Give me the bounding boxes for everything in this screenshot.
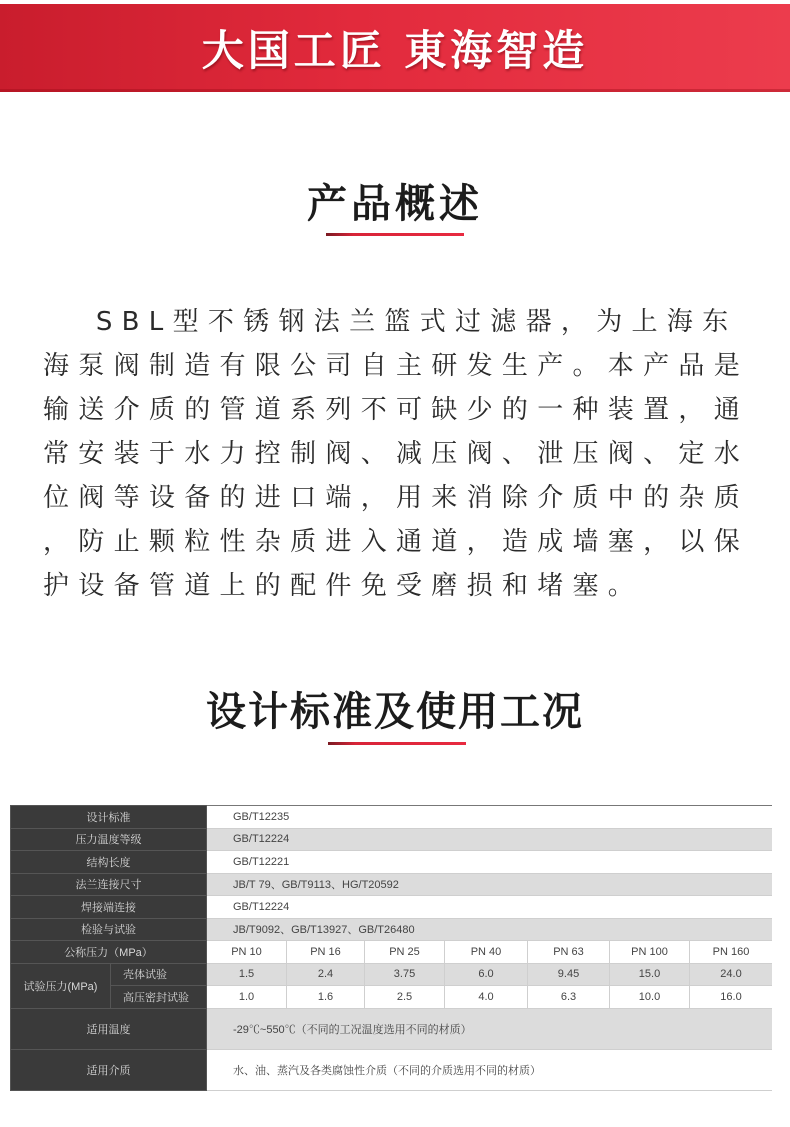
row-value: GB/T12224 [207,828,773,851]
overview-paragraph: SBL型不锈钢法兰篮式过滤器，为上海东 海泵阀制造有限公司自主研发生产。本产品是… [43,300,753,608]
row-value: GB/T12224 [207,896,773,919]
shell-cell: 6.0 [445,963,528,986]
shell-cell: 3.75 [365,963,445,986]
overview-title: 产品概述 [0,172,790,229]
row-label: 压力温度等级 [11,828,207,851]
table-row: 焊接端连接 GB/T12224 [11,896,773,919]
row-label: 高压密封试验 [111,986,207,1009]
pressure-cell: PN 40 [445,941,528,964]
banner-title: 大国工匠 東海智造 [202,18,589,78]
pressure-cell: PN 63 [528,941,610,964]
pressure-row: 公称压力（MPa） PN 10 PN 16 PN 25 PN 40 PN 63 … [11,941,773,964]
row-value: 水、油、蒸汽及各类腐蚀性介质（不同的介质选用不同的材质） [207,1049,773,1090]
row-value: GB/T12235 [207,806,773,829]
paragraph-line: ，防止颗粒性杂质进入通道，造成墙塞，以保 [43,520,753,564]
pressure-cell: PN 160 [690,941,773,964]
row-label: 壳体试验 [111,963,207,986]
shell-cell: 24.0 [690,963,773,986]
paragraph-line: 护设备管道上的配件免受磨损和堵塞。 [43,564,753,608]
table-row: 压力温度等级 GB/T12224 [11,828,773,851]
medium-row: 适用介质 水、油、蒸汽及各类腐蚀性介质（不同的介质选用不同的材质） [11,1049,773,1090]
row-label: 焊接端连接 [11,896,207,919]
seal-cell: 6.3 [528,986,610,1009]
row-value: -29℃~550℃（不同的工况温度选用不同的材质） [207,1008,773,1049]
paragraph-line: SBL型不锈钢法兰篮式过滤器，为上海东 [43,300,753,344]
row-label: 结构长度 [11,851,207,874]
title-underline [328,742,466,745]
row-label: 公称压力（MPa） [11,941,207,964]
table-row: 法兰连接尺寸 JB/T 79、GB/T9113、HG/T20592 [11,873,773,896]
pressure-cell: PN 16 [287,941,365,964]
seal-cell: 16.0 [690,986,773,1009]
row-label: 适用介质 [11,1049,207,1090]
row-label: 法兰连接尺寸 [11,873,207,896]
seal-cell: 2.5 [365,986,445,1009]
seal-cell: 4.0 [445,986,528,1009]
table-row: 结构长度 GB/T12221 [11,851,773,874]
table-row: 设计标准 GB/T12235 [11,806,773,829]
table-row: 检验与试验 JB/T9092、GB/T13927、GB/T26480 [11,918,773,941]
shell-cell: 15.0 [610,963,690,986]
shell-cell: 1.5 [207,963,287,986]
standards-title: 设计标准及使用工况 [0,680,790,737]
title-underline [326,233,464,236]
seal-cell: 1.6 [287,986,365,1009]
temperature-row: 适用温度 -29℃~550℃（不同的工况温度选用不同的材质） [11,1008,773,1049]
pressure-cell: PN 100 [610,941,690,964]
paragraph-line: 海泵阀制造有限公司自主研发生产。本产品是 [43,344,753,388]
shell-cell: 9.45 [528,963,610,986]
paragraph-line: 常安装于水力控制阀、减压阀、泄压阀、定水 [43,432,753,476]
shell-cell: 2.4 [287,963,365,986]
seal-test-row: 高压密封试验 1.0 1.6 2.5 4.0 6.3 10.0 16.0 [11,986,773,1009]
row-value: JB/T 79、GB/T9113、HG/T20592 [207,873,773,896]
row-label: 检验与试验 [11,918,207,941]
row-value: JB/T9092、GB/T13927、GB/T26480 [207,918,773,941]
row-value: GB/T12221 [207,851,773,874]
spec-table: 设计标准 GB/T12235 压力温度等级 GB/T12224 结构长度 GB/… [10,805,772,1091]
row-label: 设计标准 [11,806,207,829]
pressure-cell: PN 10 [207,941,287,964]
shell-test-row: 试验压力(MPa) 壳体试验 1.5 2.4 3.75 6.0 9.45 15.… [11,963,773,986]
seal-cell: 1.0 [207,986,287,1009]
pressure-cell: PN 25 [365,941,445,964]
row-label: 适用温度 [11,1008,207,1049]
paragraph-line: 位阀等设备的进口端，用来消除介质中的杂质 [43,476,753,520]
paragraph-line: 输送介质的管道系列不可缺少的一种装置，通 [43,388,753,432]
header-banner: 大国工匠 東海智造 [0,4,790,92]
test-pressure-label: 试验压力(MPa) [11,963,111,1008]
seal-cell: 10.0 [610,986,690,1009]
